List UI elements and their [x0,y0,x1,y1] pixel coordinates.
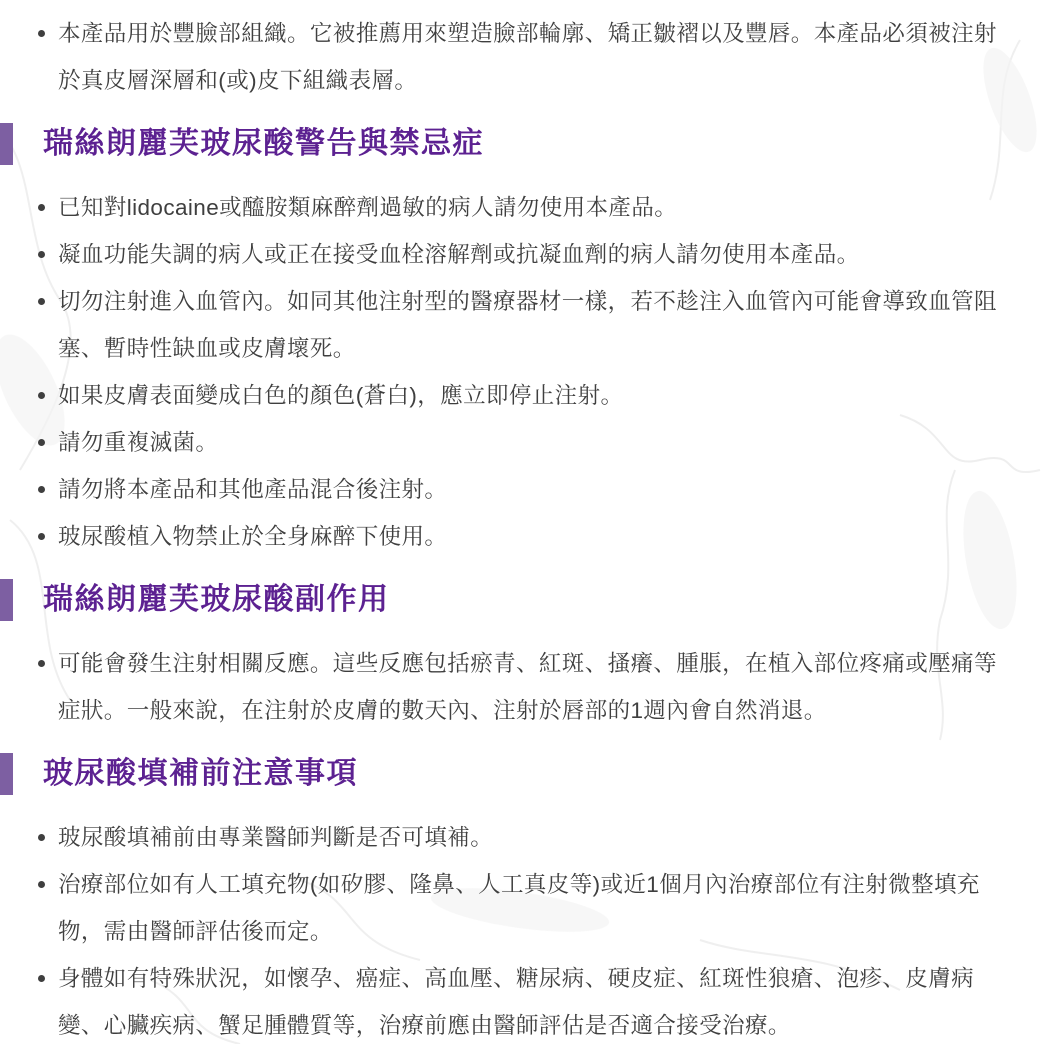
section-heading-text: 玻尿酸填補前注意事項 [43,752,358,796]
warnings-bullet-list: 已知對lidocaine或醯胺類麻醉劑過敏的病人請勿使用本產品。 凝血功能失調的… [0,184,1011,560]
section-heading-text: 瑞絲朗麗芙玻尿酸副作用 [43,578,390,622]
section-heading-text: 瑞絲朗麗芙玻尿酸警告與禁忌症 [43,122,484,166]
list-item: 玻尿酸填補前由專業醫師判斷是否可填補。 [36,814,1011,861]
list-item: 身體如有特殊狀況，如懷孕、癌症、高血壓、糖尿病、硬皮症、紅斑性狼瘡、泡疹、皮膚病… [36,955,1011,1044]
article-page: 本產品用於豐臉部組織。它被推薦用來塑造臉部輪廓、矯正皺褶以及豐唇。本產品必須被注… [0,0,1045,1044]
side-effects-bullet-list: 可能會發生注射相關反應。這些反應包括瘀青、紅斑、搔癢、腫脹，在植入部位疼痛或壓痛… [0,640,1011,734]
article-content: 本產品用於豐臉部組織。它被推薦用來塑造臉部輪廓、矯正皺褶以及豐唇。本產品必須被注… [0,0,1045,1044]
pre-treatment-bullet-list: 玻尿酸填補前由專業醫師判斷是否可填補。 治療部位如有人工填充物(如矽膠、隆鼻、人… [0,814,1011,1044]
list-item: 已知對lidocaine或醯胺類麻醉劑過敏的病人請勿使用本產品。 [36,184,1011,231]
heading-accent-bar [0,753,13,795]
section-heading-pre-treatment-notes: 玻尿酸填補前注意事項 [0,752,1011,796]
list-item: 玻尿酸植入物禁止於全身麻醉下使用。 [36,513,1011,560]
list-item: 治療部位如有人工填充物(如矽膠、隆鼻、人工真皮等)或近1個月內治療部位有注射微整… [36,861,1011,955]
list-item: 本產品用於豐臉部組織。它被推薦用來塑造臉部輪廓、矯正皺褶以及豐唇。本產品必須被注… [36,10,1011,104]
list-item: 凝血功能失調的病人或正在接受血栓溶解劑或抗凝血劑的病人請勿使用本產品。 [36,231,1011,278]
section-heading-warnings-contraindications: 瑞絲朗麗芙玻尿酸警告與禁忌症 [0,122,1011,166]
section-heading-side-effects: 瑞絲朗麗芙玻尿酸副作用 [0,578,1011,622]
list-item: 請勿重複滅菌。 [36,419,1011,466]
list-item: 如果皮膚表面變成白色的顏色(蒼白)，應立即停止注射。 [36,372,1011,419]
list-item: 可能會發生注射相關反應。這些反應包括瘀青、紅斑、搔癢、腫脹，在植入部位疼痛或壓痛… [36,640,1011,734]
intro-bullet-list: 本產品用於豐臉部組織。它被推薦用來塑造臉部輪廓、矯正皺褶以及豐唇。本產品必須被注… [0,10,1011,104]
list-item: 請勿將本產品和其他產品混合後注射。 [36,466,1011,513]
heading-accent-bar [0,579,13,621]
list-item: 切勿注射進入血管內。如同其他注射型的醫療器材一樣，若不趁注入血管內可能會導致血管… [36,278,1011,372]
heading-accent-bar [0,123,13,165]
